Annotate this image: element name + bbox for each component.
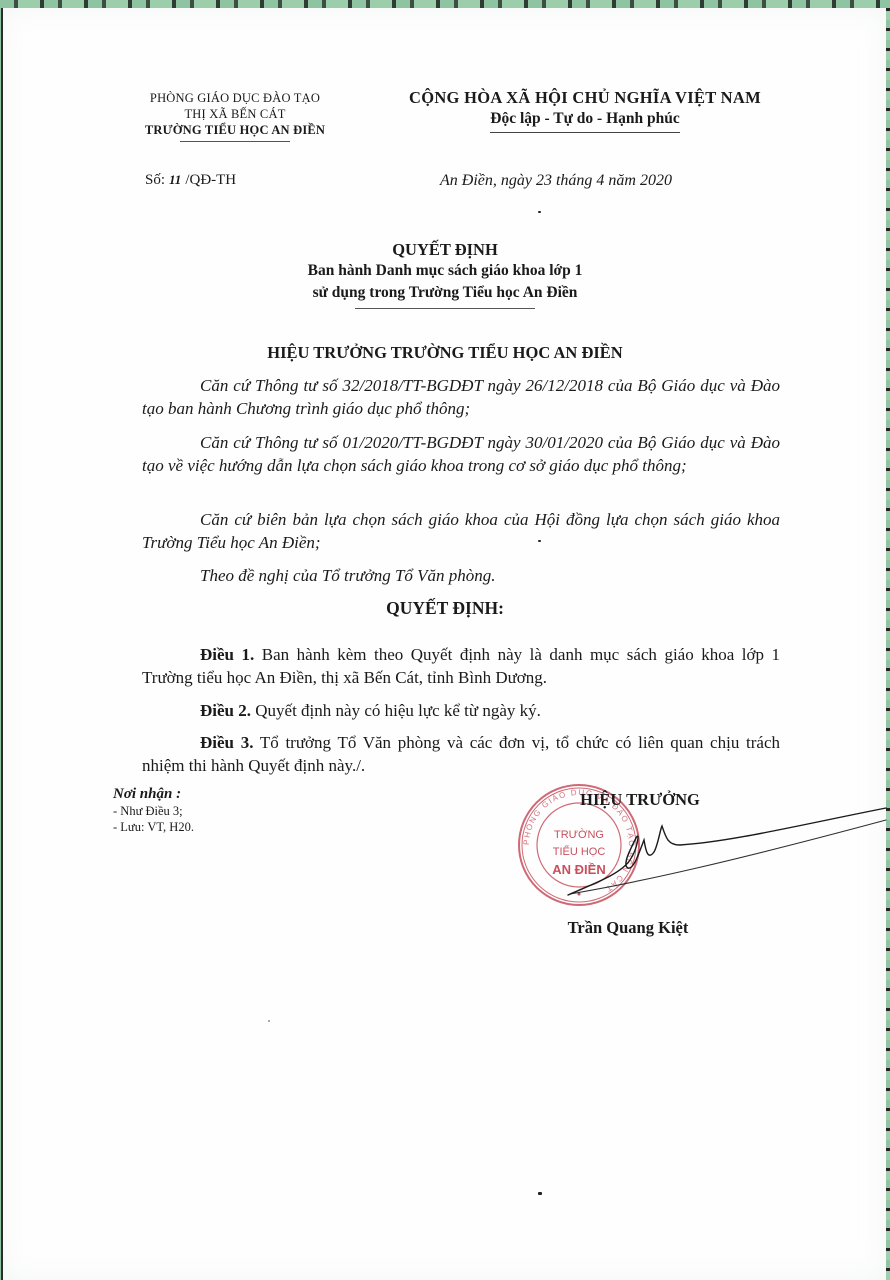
- decision-heading: QUYẾT ĐỊNH:: [0, 598, 890, 619]
- article-3-label: Điều 3.: [200, 733, 253, 752]
- signer-name: Trần Quang Kiệt: [548, 918, 708, 938]
- recipient-item: - Lưu: VT, H20.: [113, 819, 194, 835]
- nation-title: CỘNG HÒA XÃ HỘI CHỦ NGHĨA VIỆT NAM: [375, 88, 795, 108]
- handwritten-signature-icon: [560, 790, 890, 900]
- article-1: Điều 1. Ban hành kèm theo Quyết định này…: [142, 643, 780, 689]
- scan-speck: [538, 540, 541, 542]
- preamble-1: Căn cứ Thông tư số 32/2018/TT-BGDĐT ngày…: [142, 374, 780, 420]
- article-2-text: Quyết định này có hiệu lực kể từ ngày ký…: [251, 701, 541, 720]
- article-2-label: Điều 2.: [200, 701, 251, 720]
- scan-speck: [538, 1192, 542, 1195]
- article-3: Điều 3. Tổ trưởng Tổ Văn phòng và các đơ…: [142, 731, 780, 777]
- scan-speck: [538, 211, 541, 213]
- issuer-header: PHÒNG GIÁO DỤC ĐÀO TẠO THỊ XÃ BẾN CÁT TR…: [100, 90, 370, 142]
- recipients: Nơi nhận : - Như Điều 3; - Lưu: VT, H20.: [113, 785, 194, 835]
- issuer-line1: PHÒNG GIÁO DỤC ĐÀO TẠO: [100, 90, 370, 106]
- issuer-underline: [180, 141, 290, 142]
- document-number-suffix: /QĐ-TH: [185, 172, 236, 188]
- title-subtitle-line2: sử dụng trong Trường Tiểu học An Điền: [0, 282, 890, 304]
- preamble-2: Căn cứ Thông tư số 01/2020/TT-BGDĐT ngày…: [142, 431, 780, 477]
- document-number: Số:11/QĐ-TH: [145, 172, 236, 189]
- document-number-value: 11: [169, 172, 181, 187]
- document-number-prefix: Số:: [145, 172, 165, 188]
- issuer-school: TRƯỜNG TIỂU HỌC AN ĐIỀN: [100, 122, 370, 138]
- recipients-label: Nơi nhận :: [113, 785, 194, 803]
- article-2: Điều 2. Quyết định này có hiệu lực kể từ…: [142, 699, 780, 722]
- recipient-item: - Như Điều 3;: [113, 803, 194, 819]
- date-line: An Điền, ngày 23 tháng 4 năm 2020: [440, 172, 672, 190]
- article-1-label: Điều 1.: [200, 645, 254, 664]
- nation-motto: Độc lập - Tự do - Hạnh phúc: [490, 108, 679, 133]
- preamble-3: Căn cứ biên bản lựa chọn sách giáo khoa …: [142, 508, 780, 554]
- decision-title: QUYẾT ĐỊNH Ban hành Danh mục sách giáo k…: [0, 240, 890, 309]
- scan-speck: [268, 1020, 270, 1022]
- nation-header: CỘNG HÒA XÃ HỘI CHỦ NGHĨA VIỆT NAM Độc l…: [375, 88, 795, 133]
- title-underline: [355, 308, 535, 309]
- authority-heading: HIỆU TRƯỞNG TRƯỜNG TIỂU HỌC AN ĐIỀN: [0, 343, 890, 363]
- title-subtitle-line1: Ban hành Danh mục sách giáo khoa lớp 1: [0, 260, 890, 282]
- title-heading: QUYẾT ĐỊNH: [0, 240, 890, 260]
- issuer-line2: THỊ XÃ BẾN CÁT: [100, 106, 370, 122]
- preamble-4: Theo đề nghị của Tổ trưởng Tổ Văn phòng.: [142, 564, 780, 587]
